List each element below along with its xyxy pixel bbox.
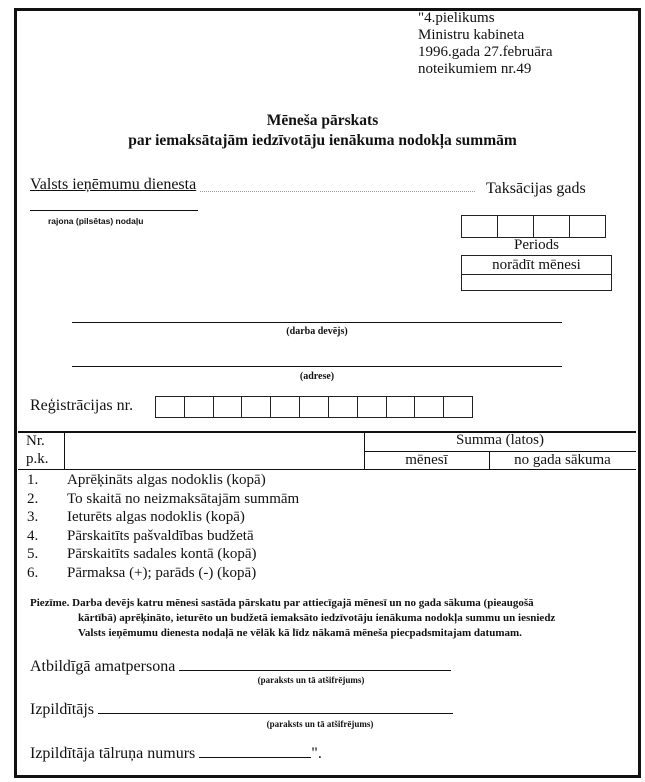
registration-box[interactable] xyxy=(300,397,329,417)
table-header-bottom xyxy=(18,469,636,470)
official-signature-line[interactable] xyxy=(179,658,451,671)
form-title: Mēneša pārskats xyxy=(0,112,645,130)
table-row: 1. Aprēķināts algas nodoklis (kopā) xyxy=(22,471,299,490)
address-caption: (adrese) xyxy=(72,371,562,382)
table-divider-nr xyxy=(64,431,65,469)
tax-year-box[interactable] xyxy=(570,216,605,237)
tax-year-box[interactable] xyxy=(534,216,570,237)
period-box[interactable]: norādīt mēnesi xyxy=(461,255,612,291)
table-row: 4. Pārskaitīts pašvaldības budžetā xyxy=(22,527,299,546)
row-label: Aprēķināts algas nodoklis (kopā) xyxy=(67,471,266,490)
phone-input-line[interactable] xyxy=(199,745,311,758)
table-row: 3. Ieturēts algas nodoklis (kopā) xyxy=(22,508,299,527)
tax-year-boxes[interactable] xyxy=(461,215,606,238)
tax-year-label: Taksācijas gads xyxy=(486,180,586,198)
executor-signature-row: Izpildītājs xyxy=(30,701,453,719)
form-subtitle: par iemaksātajām iedzīvotāju ienākuma no… xyxy=(0,132,645,150)
address-input-line[interactable] xyxy=(72,366,562,367)
row-number: 4. xyxy=(22,527,67,546)
footnote-line-2: kārtībā) aprēķināto, ieturēto un budžetā… xyxy=(30,611,620,626)
period-hint: norādīt mēnesi xyxy=(462,256,611,275)
tax-year-box[interactable] xyxy=(462,216,498,237)
column-header-month: mēnesī xyxy=(364,452,489,469)
column-header-nr-line1: Nr. xyxy=(26,432,49,450)
footnote: Piezīme. Darba devējs katru mēnesi sastā… xyxy=(30,596,620,641)
district-input-line[interactable] xyxy=(30,210,198,211)
row-number: 1. xyxy=(22,471,67,490)
service-dotted-line xyxy=(200,191,475,192)
registration-box[interactable] xyxy=(156,397,185,417)
annex-line-3: 1996.gada 27.februāra xyxy=(418,44,553,61)
tax-year-box[interactable] xyxy=(498,216,534,237)
district-caption: rajona (pilsētas) nodaļu xyxy=(48,216,143,226)
column-header-nr-line2: p.k. xyxy=(26,450,49,468)
row-label: To skaitā no neizmaksātajām summām xyxy=(67,490,299,509)
annex-line-4: noteikumiem nr.49 xyxy=(418,61,553,78)
table-row: 6. Pārmaksa (+); parāds (-) (kopā) xyxy=(22,564,299,583)
table-row: 5. Pārskaitīts sadales kontā (kopā) xyxy=(22,545,299,564)
registration-box[interactable] xyxy=(415,397,444,417)
row-label: Ieturēts algas nodoklis (kopā) xyxy=(67,508,245,527)
row-label: Pārmaksa (+); parāds (-) (kopā) xyxy=(67,564,256,583)
table-row: 2. To skaitā no neizmaksātajām summām xyxy=(22,490,299,509)
executor-caption: (paraksts un tā atšifrējums) xyxy=(175,719,465,729)
phone-suffix: ". xyxy=(311,745,322,762)
column-header-sum: Summa (latos) xyxy=(364,432,636,449)
row-number: 3. xyxy=(22,508,67,527)
row-number: 6. xyxy=(22,564,67,583)
registration-box[interactable] xyxy=(329,397,358,417)
registration-box[interactable] xyxy=(185,397,214,417)
column-header-year: no gada sākuma xyxy=(489,452,636,469)
executor-label: Izpildītājs xyxy=(30,701,94,718)
service-label: Valsts ieņēmumu dienesta xyxy=(30,176,196,194)
registration-label: Reģistrācijas nr. xyxy=(30,397,133,415)
official-caption: (paraksts un tā atšifrējums) xyxy=(175,675,447,685)
row-number: 2. xyxy=(22,490,67,509)
official-label: Atbildīgā amatpersona xyxy=(30,658,175,675)
phone-row: Izpildītāja tālruņa numurs ". xyxy=(30,745,322,763)
row-number: 5. xyxy=(22,545,67,564)
period-value-field[interactable] xyxy=(462,275,611,291)
registration-box[interactable] xyxy=(214,397,243,417)
report-rows: 1. Aprēķināts algas nodoklis (kopā) 2. T… xyxy=(22,471,299,582)
registration-box[interactable] xyxy=(387,397,416,417)
registration-box[interactable] xyxy=(242,397,271,417)
period-label: Periods xyxy=(461,237,612,254)
employer-caption: (darba devējs) xyxy=(72,326,562,337)
executor-signature-line[interactable] xyxy=(98,701,453,714)
registration-boxes[interactable] xyxy=(155,396,473,418)
annex-reference: "4.pielikums Ministru kabineta 1996.gada… xyxy=(418,10,553,78)
annex-line-1: "4.pielikums xyxy=(418,10,553,27)
official-signature-row: Atbildīgā amatpersona xyxy=(30,658,451,676)
annex-line-2: Ministru kabineta xyxy=(418,27,553,44)
registration-box[interactable] xyxy=(444,397,472,417)
column-header-nr: Nr. p.k. xyxy=(26,432,49,468)
footnote-line-1: Piezīme. Darba devējs katru mēnesi sastā… xyxy=(30,596,620,611)
registration-box[interactable] xyxy=(358,397,387,417)
row-label: Pārskaitīts sadales kontā (kopā) xyxy=(67,545,257,564)
footnote-line-3: Valsts ieņēmumu dienesta nodaļā ne vēlāk… xyxy=(30,626,620,641)
employer-input-line[interactable] xyxy=(72,322,562,323)
row-label: Pārskaitīts pašvaldības budžetā xyxy=(67,527,254,546)
phone-label: Izpildītāja tālruņa numurs xyxy=(30,745,195,762)
registration-box[interactable] xyxy=(271,397,300,417)
